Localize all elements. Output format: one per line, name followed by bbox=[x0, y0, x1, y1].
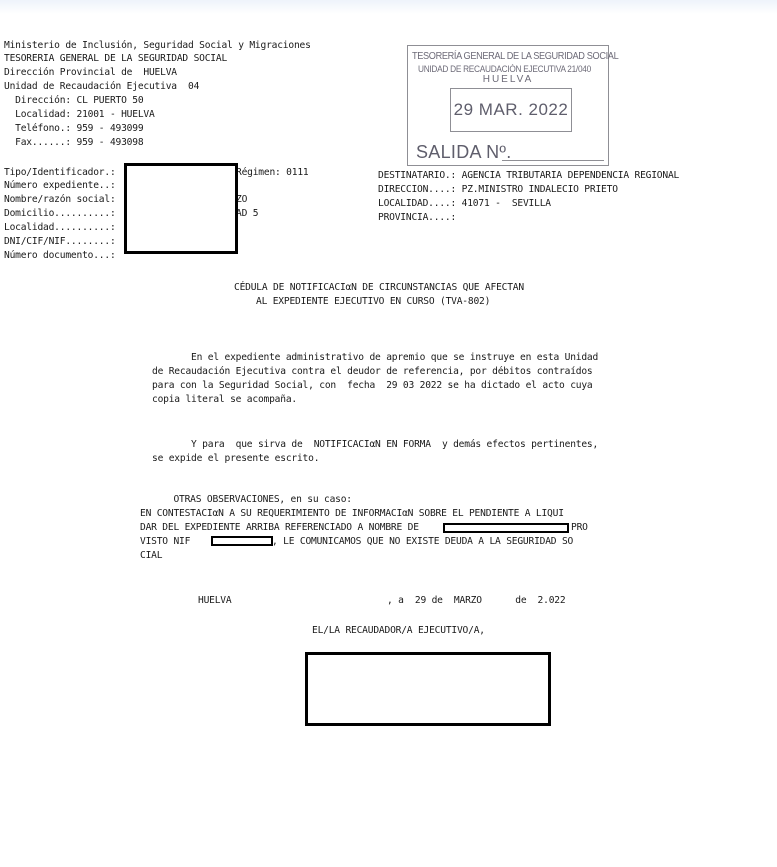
regimen: Régimen: 0111 bbox=[236, 166, 309, 180]
redaction-box-signature bbox=[305, 652, 551, 726]
signature-place: HUELVA bbox=[198, 594, 231, 608]
recipient-locality: LOCALIDAD....: 41071 - SEVILLA bbox=[378, 197, 551, 211]
paragraph-1-line-2: de Recaudación Ejecutiva contra el deudo… bbox=[152, 365, 593, 379]
treasury-name: TESORERIA GENERAL DE LA SEGURIDAD SOCIAL bbox=[4, 52, 227, 66]
observations-line-2-end: PRO bbox=[571, 521, 588, 535]
observations-line-4: CIAL bbox=[140, 549, 162, 563]
stamp-line-2: UNIDAD DE RECAUDACIÓN EJECUTIVA 21/040 bbox=[418, 64, 591, 74]
stamp-exit-label: SALIDA Nº. bbox=[416, 142, 512, 163]
unit-address: Dirección: CL PUERTO 50 bbox=[4, 94, 143, 108]
recipient-name: DESTINATARIO.: AGENCIA TRIBUTARIA DEPEND… bbox=[378, 169, 679, 183]
redaction-box-debtor bbox=[124, 163, 238, 254]
signature-date: , a 29 de MARZO de 2.022 bbox=[387, 594, 565, 608]
paragraph-2-line-2: se expide el presente escrito. bbox=[152, 452, 319, 466]
unit-fax: Fax......: 959 - 493098 bbox=[4, 136, 143, 150]
document-title-line-1: CÉDULA DE NOTIFICACIαN DE CIRCUNSTANCIAS… bbox=[234, 281, 524, 295]
observations-line-1: EN CONTESTACIαN A SU REQUERIMIENTO DE IN… bbox=[140, 507, 564, 521]
unit-locality: Localidad: 21001 - HUELVA bbox=[4, 108, 155, 122]
redaction-box-name bbox=[443, 523, 569, 533]
recipient-address: DIRECCION....: PZ.MINISTRO INDALECIO PRI… bbox=[378, 183, 618, 197]
stamp-date: 29 MAR. 2022 bbox=[450, 88, 572, 132]
paragraph-1-line-1: En el expediente administrativo de aprem… bbox=[152, 351, 598, 365]
recipient-province: PROVINCIA....: bbox=[378, 211, 456, 225]
redaction-box-nif bbox=[211, 536, 273, 546]
paragraph-2-line-1: Y para que sirva de NOTIFICACIαN EN FORM… bbox=[152, 438, 598, 452]
address-fragment: AD 5 bbox=[236, 207, 258, 221]
field-numero-documento: Número documento...: bbox=[4, 249, 116, 263]
observations-line-3-end: , LE COMUNICAMOS QUE NO EXISTE DEUDA A L… bbox=[272, 535, 573, 549]
field-tipo-identificador: Tipo/Identificador.: bbox=[4, 166, 116, 180]
scan-top-bleed bbox=[0, 0, 777, 14]
signature-role: EL/LA RECAUDADOR/A EJECUTIVO/A, bbox=[312, 624, 485, 638]
stamp-line-3: HUELVA bbox=[408, 74, 608, 85]
field-dni: DNI/CIF/NIF........: bbox=[4, 235, 116, 249]
stamp-exit-number-line bbox=[502, 160, 604, 161]
field-nombre: Nombre/razón social: bbox=[4, 193, 116, 207]
stamp-line-1: TESORERÍA GENERAL DE LA SEGURIDAD SOCIAL bbox=[412, 51, 618, 62]
document-title-line-2: AL EXPEDIENTE EJECUTIVO EN CURSO (TVA-80… bbox=[256, 295, 490, 309]
field-localidad: Localidad..........: bbox=[4, 221, 116, 235]
observations-heading: OTRAS OBSERVACIONES, en su caso: bbox=[140, 493, 352, 507]
field-domicilio: Domicilio..........: bbox=[4, 207, 116, 221]
collection-unit: Unidad de Recaudación Ejecutiva 04 bbox=[4, 80, 199, 94]
observations-line-2: DAR DEL EXPEDIENTE ARRIBA REFERENCIADO A… bbox=[140, 521, 419, 535]
unit-phone: Teléfono.: 959 - 493099 bbox=[4, 122, 143, 136]
observations-line-3: VISTO NIF bbox=[140, 535, 190, 549]
paragraph-1-line-4: copia literal se acompaña. bbox=[152, 393, 297, 407]
paragraph-1-line-3: para con la Seguridad Social, con fecha … bbox=[152, 379, 593, 393]
field-numero-expediente: Número expediente..: bbox=[4, 179, 116, 193]
ministry-name: Ministerio de Inclusión, Seguridad Socia… bbox=[4, 39, 311, 53]
exit-stamp: TESORERÍA GENERAL DE LA SEGURIDAD SOCIAL… bbox=[407, 45, 609, 166]
provincial-direction: Dirección Provincial de HUELVA bbox=[4, 66, 177, 80]
